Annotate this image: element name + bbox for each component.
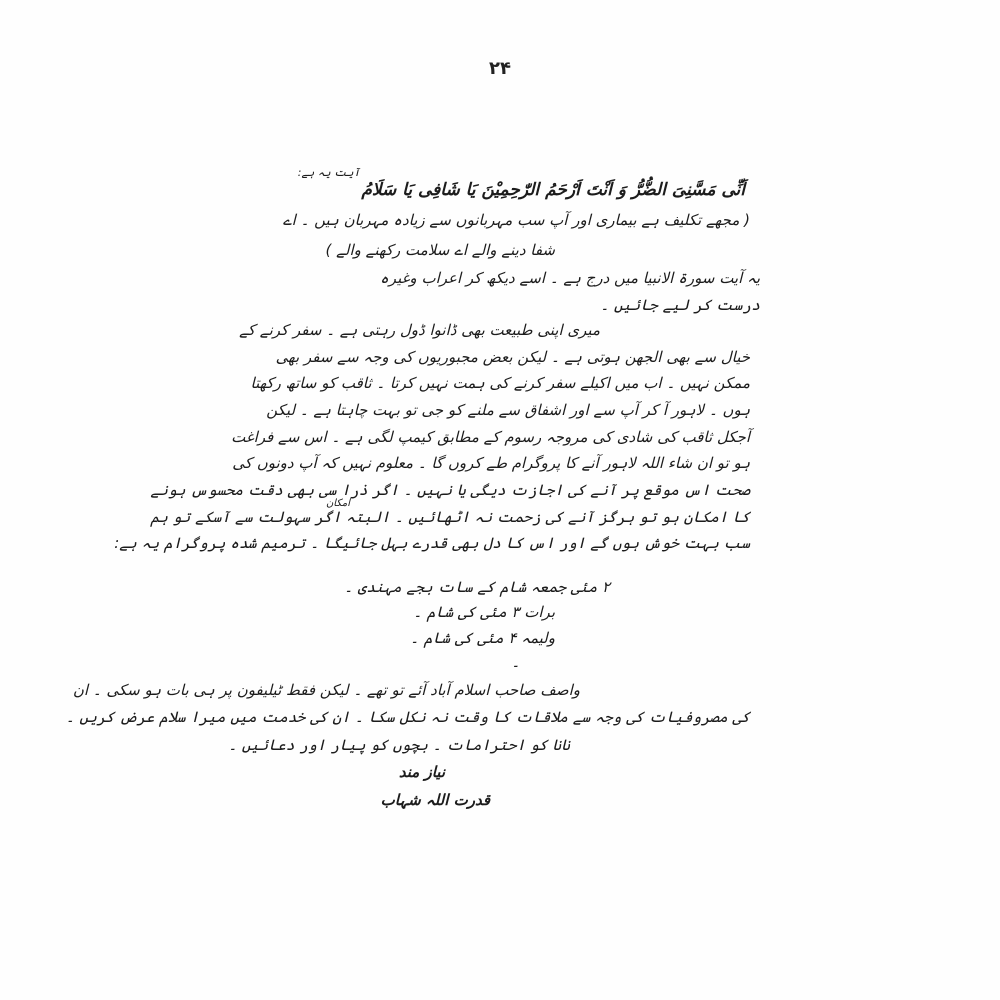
paragraph-2-line-9: سب بہت خوش ہوں گے اور اس کا دل بھی قدرے … (114, 533, 750, 553)
paragraph-2-line-6: ہو تو ان شاء اللہ لاہور آنے کا پروگرام ط… (232, 453, 750, 473)
paragraph-2-line-7: صحت اس موقع پر آنے کی اجازت دیگی یا نہیں… (150, 480, 750, 500)
paragraph-2-line-5: آجکل ثاقب کی شادی کی مروجہ رسوم کے مطابق… (231, 427, 750, 447)
verse-label: آیت یہ ہے: (298, 163, 360, 183)
paragraph-2-line-3: ممکن نہیں ۔ اب میں اکیلے سفر کرنے کی ہمت… (251, 373, 750, 393)
program-item-barat: برات ۳ مئی کی شام ۔ (413, 602, 555, 622)
scanned-letter-page: ۲۴ آیت یہ ہے: اَنِّی مَسَّنِیَ الضُّرُّ … (0, 0, 1000, 1000)
verse-translation-line-1: ( مجھے تکلیف ہے بیماری اور آپ سب مہربانو… (283, 210, 750, 230)
paragraph-3-line-1: واصف صاحب اسلام آباد آئے تو تھے ۔ لیکن ف… (73, 680, 580, 700)
page-number: ۲۴ (470, 58, 530, 79)
paragraph-2-line-1: میری اپنی طبیعت بھی ڈانوا ڈول رہتی ہے ۔ … (239, 320, 600, 340)
paragraph-2-line-8: کا امکان ہو تو ہرگز آنے کی زحمت نہ اٹھائ… (150, 507, 750, 527)
section-separator: ۔ (511, 652, 520, 672)
verse-translation-line-2: شفا دینے والے اے سلامت رکھنے والے ) (325, 240, 555, 260)
paragraph-3-line-3: نانا کو احترامات ۔ بچوں کو پیار اور دعائ… (228, 735, 570, 755)
program-item-walima: ولیمہ ۴ مئی کی شام ۔ (410, 628, 555, 648)
signature: قدرت اللہ شہاب (381, 790, 490, 810)
paragraph-1-line-1: یہ آیت سورۃ الانبیا میں درج ہے ۔ اسے دیک… (380, 268, 760, 288)
program-item-mehndi: ۲ مئی جمعہ شام کے سات بجے مہندی ۔ (344, 577, 610, 597)
quranic-verse: اَنِّی مَسَّنِیَ الضُّرُّ وَ اَنْتَ اَرْ… (361, 180, 745, 200)
paragraph-3-line-2: کی مصروفیات کی وجہ سے ملاقات کا وقت نہ ن… (66, 707, 750, 727)
paragraph-1-line-2: درست کر لیے جائیں ۔ (600, 295, 760, 315)
closing-salutation: نیاز مند (399, 762, 445, 782)
paragraph-2-line-4: ہوں ۔ لاہور آ کر آپ سے اور اشفاق سے ملنے… (266, 400, 750, 420)
paragraph-2-line-2: خیال سے بھی الجھن ہوتی ہے ۔ لیکن بعض مجب… (276, 347, 750, 367)
